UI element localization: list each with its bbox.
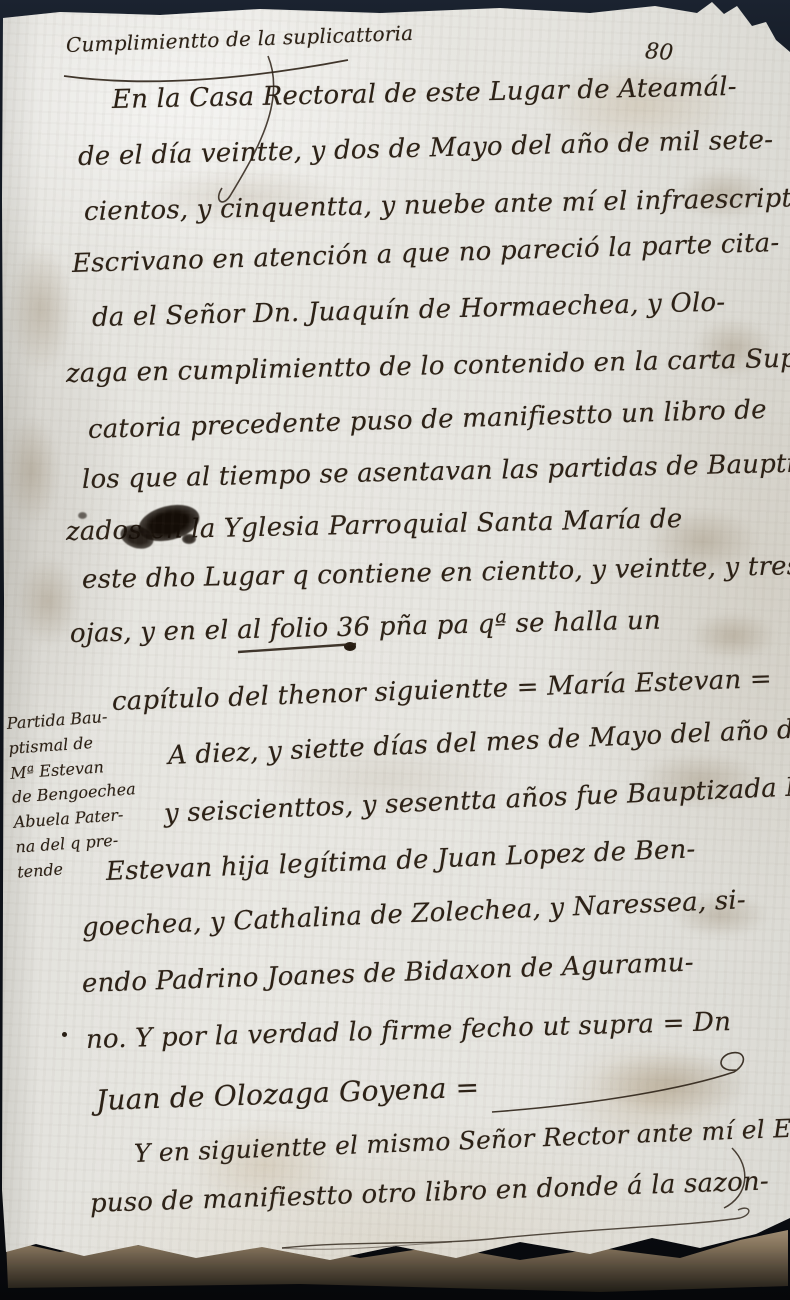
ink-blot	[120, 500, 208, 558]
signature-line: Juan de Olozaga Goyena =	[95, 1073, 479, 1117]
manuscript-line: endo Padrino Joanes de Bidaxon de Aguram…	[82, 949, 695, 999]
manuscript-line: Estevan hija legítima de Juan Lopez de B…	[105, 835, 696, 886]
ink-fleck	[344, 642, 356, 651]
ink-blot-splash	[78, 512, 87, 519]
manuscript-line: Y en siguientte el mismo Señor Rector an…	[133, 1112, 790, 1167]
bleedthrough-mark	[8, 244, 74, 374]
manuscript-line: Escrivano en atención a que no pareció l…	[72, 229, 780, 279]
manuscript-page: Cumplimientto de la suplicattoria 80 En …	[0, 0, 790, 1300]
manuscript-line: catoria precedente puso de manifiestto u…	[88, 396, 768, 445]
manuscript-line: goechea, y Cathalina de Zolechea, y Nare…	[81, 886, 746, 942]
manuscript-line: los que al tiempo se asentavan las parti…	[82, 450, 790, 495]
bleedthrough-mark	[690, 612, 776, 660]
manuscript-line: ojas, y en el al folio 36 pña pa qª se h…	[70, 607, 662, 649]
ink-blot-splash	[182, 534, 196, 544]
ink-fleck	[62, 1032, 67, 1037]
manuscript-line: da el Señor Dn. Juaquín de Hormaechea, y…	[92, 289, 726, 333]
manuscript-line: este dho Lugar q contiene en cientto, y …	[82, 552, 790, 594]
manuscript-line: de el día veintte, y dos de Mayo del año…	[78, 126, 774, 172]
margin-note: Partida Bau- ptismal de Mª Estevan de Be…	[6, 700, 190, 885]
page-number: 80	[644, 40, 674, 66]
manuscript-line: zaga en cumplimientto de lo contenido en…	[66, 344, 790, 388]
heading-annotation: Cumplimientto de la suplicattoria	[66, 22, 414, 56]
bleedthrough-mark	[4, 416, 60, 526]
manuscript-line: capítulo del thenor siguientte = María E…	[112, 665, 773, 717]
manuscript-photo: Cumplimientto de la suplicattoria 80 En …	[0, 0, 790, 1300]
